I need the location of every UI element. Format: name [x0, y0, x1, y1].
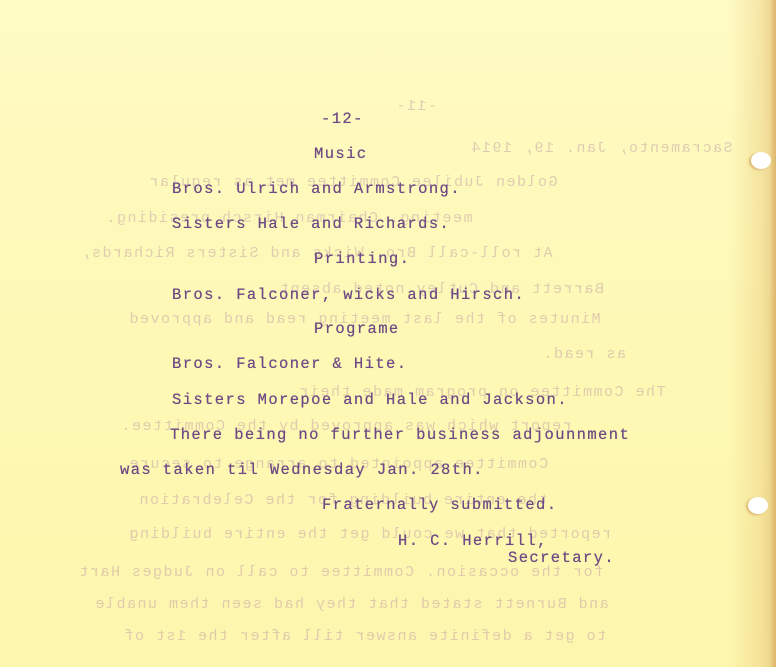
- programe-line-2: Sisters Morepoe and Hale and Jackson.: [172, 391, 568, 409]
- printing-line-1: Bros. Falconer, wicks and Hirsch.: [172, 286, 525, 304]
- signature-name: H. C. Herrill,: [398, 532, 548, 550]
- page-number: -12-: [321, 110, 364, 128]
- bleed-through-line: and Burnett stated that they had seen th…: [94, 596, 609, 613]
- bleed-through-line: as read.: [542, 346, 626, 363]
- closing-paragraph-line-2: was taken til Wednesday Jan. 28th.: [120, 461, 484, 479]
- bleed-through-line: -11-: [395, 98, 437, 115]
- music-line-2: Sisters Hale and Richards.: [172, 215, 450, 233]
- signature-title: Secretary.: [508, 549, 615, 567]
- paper-edge: [770, 0, 776, 667]
- punch-hole-icon: [751, 152, 771, 169]
- section-heading-music: Music: [314, 145, 368, 163]
- bleed-through-line: Sacramento, Jan. 19, 1914: [470, 140, 733, 157]
- punch-hole-icon: [748, 497, 768, 514]
- section-heading-printing: Printing.: [314, 250, 410, 268]
- section-heading-programe: Programe: [314, 320, 400, 338]
- music-line-1: Bros. Ulrich and Armstrong.: [172, 180, 461, 198]
- bleed-through-line: to get a definite answer till after the …: [123, 628, 606, 645]
- programe-line-1: Bros. Falconer & Hite.: [172, 355, 407, 373]
- closing-paragraph-line-1: There being no further business adjounnm…: [170, 426, 630, 444]
- signoff: Fraternally submitted.: [322, 496, 557, 514]
